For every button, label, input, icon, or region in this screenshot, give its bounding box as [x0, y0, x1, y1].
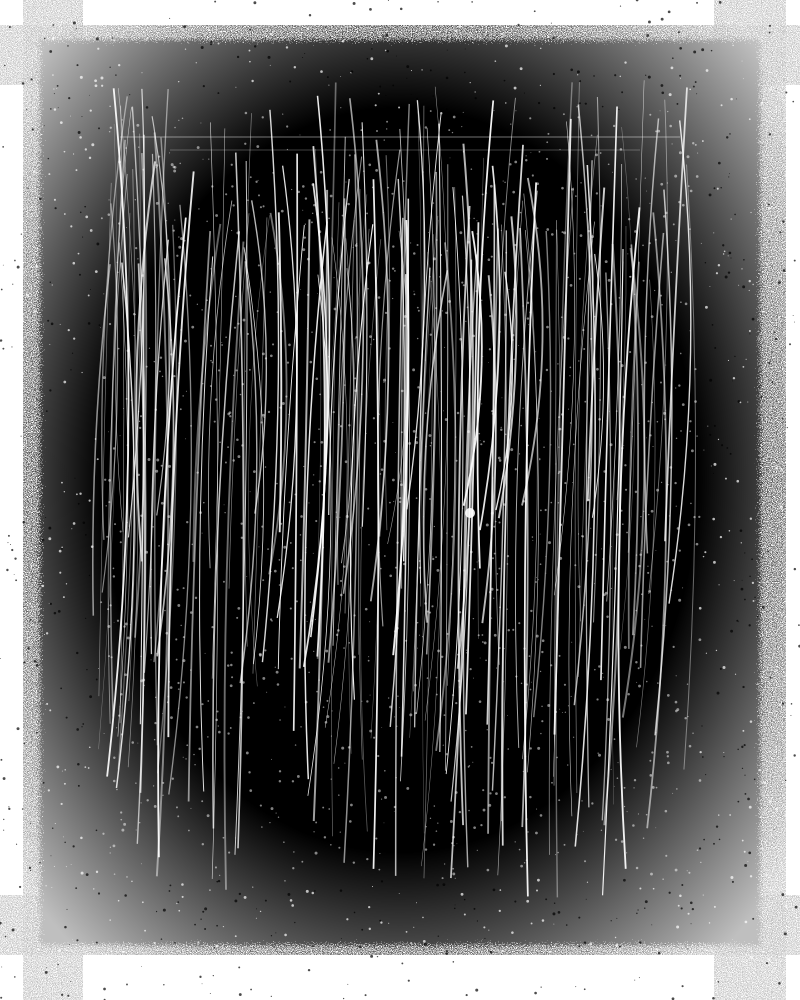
- grunge-texture: [0, 0, 800, 1000]
- scratch-texture-svg: [0, 0, 800, 1000]
